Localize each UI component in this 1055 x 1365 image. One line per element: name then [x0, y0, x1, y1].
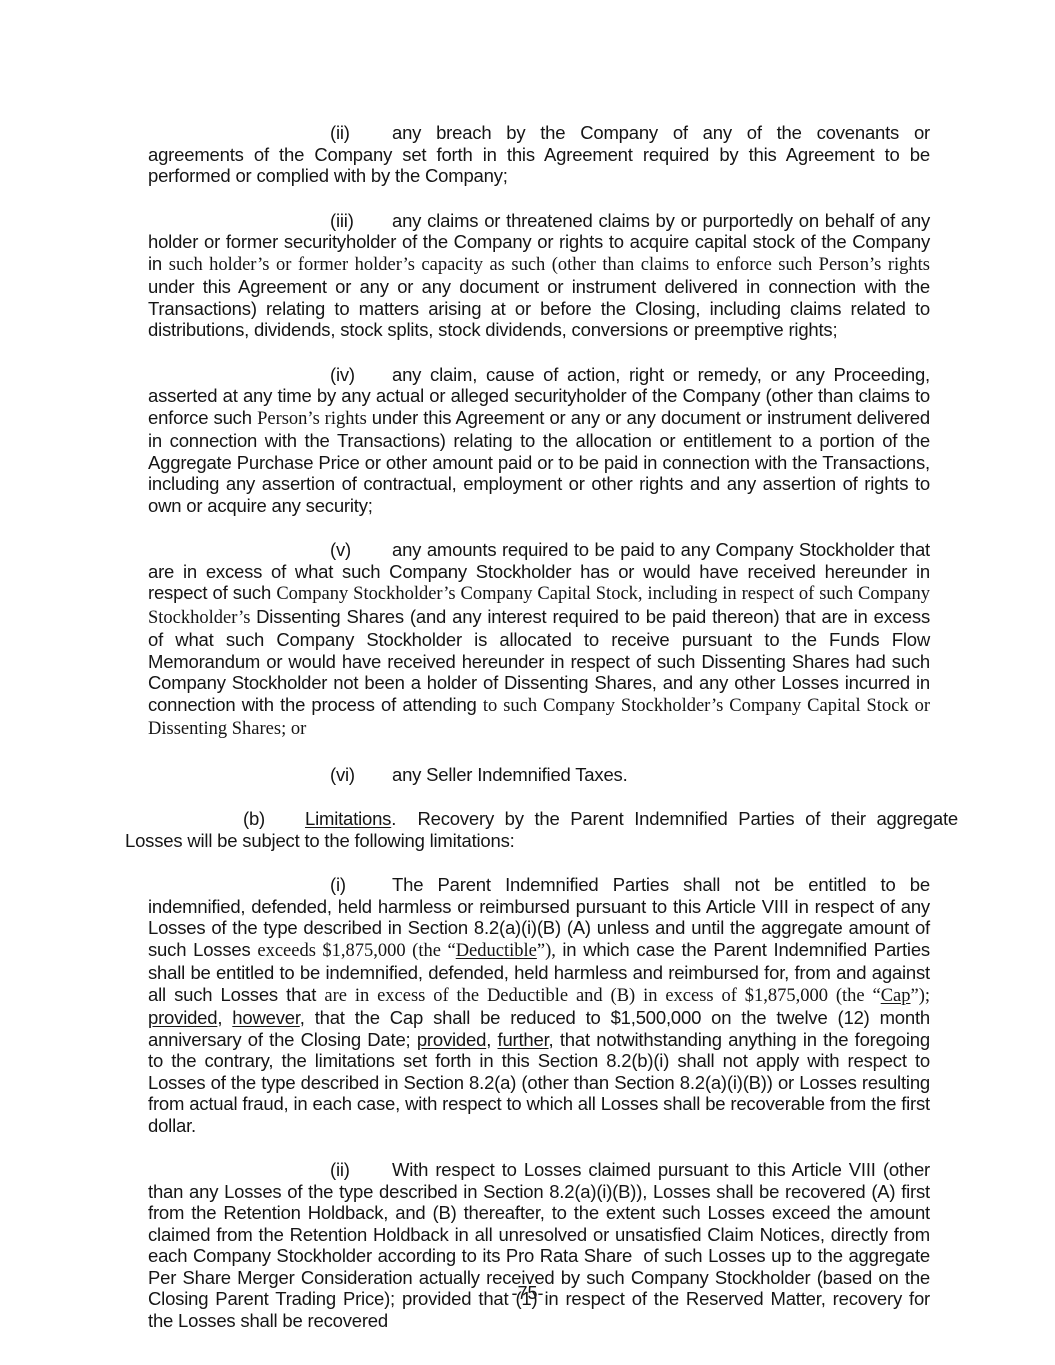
paragraph-marker-a-iv: (iv) — [330, 364, 392, 386]
paragraph-a-ii: (ii)any breach by the Company of any of … — [148, 122, 930, 187]
paragraph-marker-b-ii: (ii) — [330, 1159, 392, 1181]
paragraph-marker-a-v: (v) — [330, 539, 392, 561]
text-segment: any breach by the Company of any of the … — [148, 122, 930, 186]
text-segment: , — [486, 1029, 497, 1050]
paragraph-b-ii: (ii)With respect to Losses claimed pursu… — [148, 1159, 930, 1331]
text-segment: however — [232, 1007, 300, 1028]
paragraph-marker-b: (b) — [243, 808, 305, 830]
text-segment: Cap — [881, 986, 911, 1006]
text-segment: , — [217, 1007, 232, 1028]
paragraph-marker-a-vi: (vi) — [330, 764, 392, 786]
paragraph-a-iv: (iv)any claim, cause of action, right or… — [148, 364, 930, 517]
paragraph-a-v: (v)any amounts required to be paid to an… — [148, 539, 930, 741]
paragraph-marker-a-ii: (ii) — [330, 122, 392, 144]
paragraph-a-iii: (iii)any claims or threatened claims by … — [148, 210, 930, 341]
text-segment: are in excess of the Deductible and (B) … — [324, 986, 880, 1006]
text-segment: Person’s rights — [257, 409, 372, 429]
paragraph-a-vi: (vi)any Seller Indemnified Taxes. — [148, 764, 930, 786]
text-segment: ”); — [911, 986, 931, 1006]
text-segment: exceeds $1,875,000 (the “ — [257, 941, 455, 961]
text-segment: further — [498, 1029, 549, 1050]
text-segment: such holder’s or former holder’s capacit… — [169, 255, 930, 275]
text-segment: Limitations — [305, 808, 391, 829]
text-segment: With respect to Losses claimed pursuant … — [148, 1159, 930, 1331]
text-segment: provided — [417, 1029, 486, 1050]
text-segment: any Seller Indemnified Taxes. — [392, 764, 628, 785]
paragraph-marker-a-iii: (iii) — [330, 210, 392, 232]
text-segment: under this Agreement or any or any docum… — [148, 276, 930, 340]
text-segment: provided — [148, 1007, 217, 1028]
text-segment: Deductible — [456, 941, 537, 961]
paragraph-marker-b-i: (i) — [330, 874, 392, 896]
page-number: -75- — [0, 1283, 1055, 1305]
paragraph-b: (b)Limitations. Recovery by the Parent I… — [125, 808, 958, 851]
paragraph-b-i: (i)The Parent Indemnified Parties shall … — [148, 874, 930, 1136]
text-segment: ”), — [537, 941, 563, 961]
page-body: (ii)any breach by the Company of any of … — [0, 122, 1055, 1354]
document-page: (ii)any breach by the Company of any of … — [0, 0, 1055, 1365]
